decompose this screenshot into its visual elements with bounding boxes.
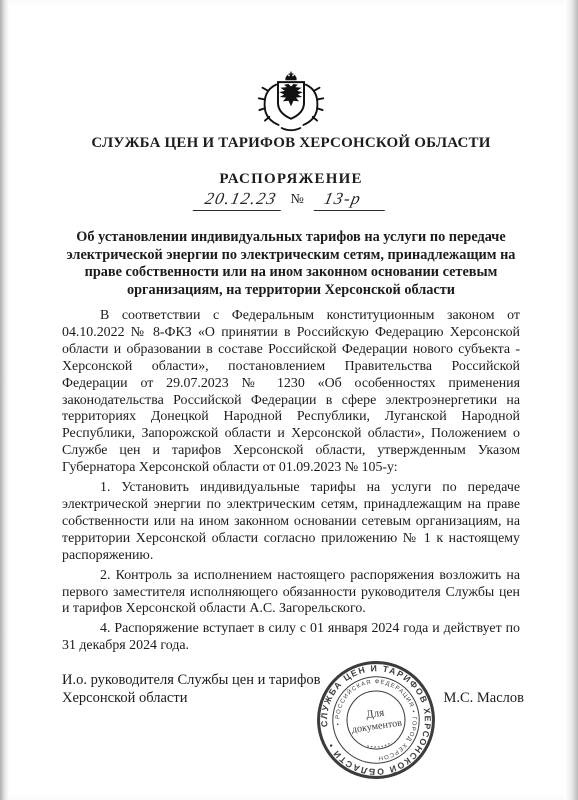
stamp-center-line2: документов	[351, 718, 403, 736]
doc-type-heading: РАСПОРЯЖЕНИЕ	[62, 171, 520, 188]
stamp-inner-text: • РОССИЙСКАЯ ФЕДЕРАЦИЯ • ГОРОД ХЕРСОН	[330, 674, 422, 766]
item-1-paragraph: 1. Установить индивидуальные тарифы на у…	[62, 480, 520, 565]
org-name: СЛУЖБА ЦЕН И ТАРИФОВ ХЕРСОНСКОЙ ОБЛАСТИ	[62, 135, 520, 152]
stamp-fine-print-marks	[367, 742, 392, 748]
stamp-center-line1: Для	[365, 707, 385, 721]
number-sign: №	[290, 192, 303, 207]
signature-name: М.С. Маслов	[443, 689, 524, 707]
document-page: СЛУЖБА ЦЕН И ТАРИФОВ ХЕРСОНСКОЙ ОБЛАСТИ …	[0, 0, 578, 800]
handwritten-date: 20.12.23	[193, 189, 285, 211]
handwritten-number: 13-р	[313, 189, 389, 211]
official-stamp-icon: СЛУЖБА ЦЕН И ТАРИФОВ ХЕРСОНСКОЙ ОБЛАСТИ …	[307, 651, 445, 789]
signature-block: И.о. руководителя Службы цен и тарифов Х…	[62, 671, 524, 707]
date-number-line: 20.12.23 № 13-р	[62, 189, 520, 214]
document-body: В соответствии с Федеральным конституцио…	[62, 308, 520, 655]
document-title: Об установлении индивидуальных тарифов н…	[62, 229, 520, 299]
coat-of-arms-icon	[247, 71, 335, 133]
document-content: СЛУЖБА ЦЕН И ТАРИФОВ ХЕРСОНСКОЙ ОБЛАСТИ …	[0, 0, 578, 800]
item-4-paragraph: 4. Распоряжение вступает в силу с 01 янв…	[62, 621, 520, 655]
item-2-paragraph: 2. Контроль за исполнением настоящего ра…	[62, 568, 520, 619]
crown-icon	[285, 72, 296, 81]
stamp-outer-ring	[311, 655, 441, 785]
preamble-paragraph: В соответствии с Федеральным конституцио…	[62, 308, 520, 477]
